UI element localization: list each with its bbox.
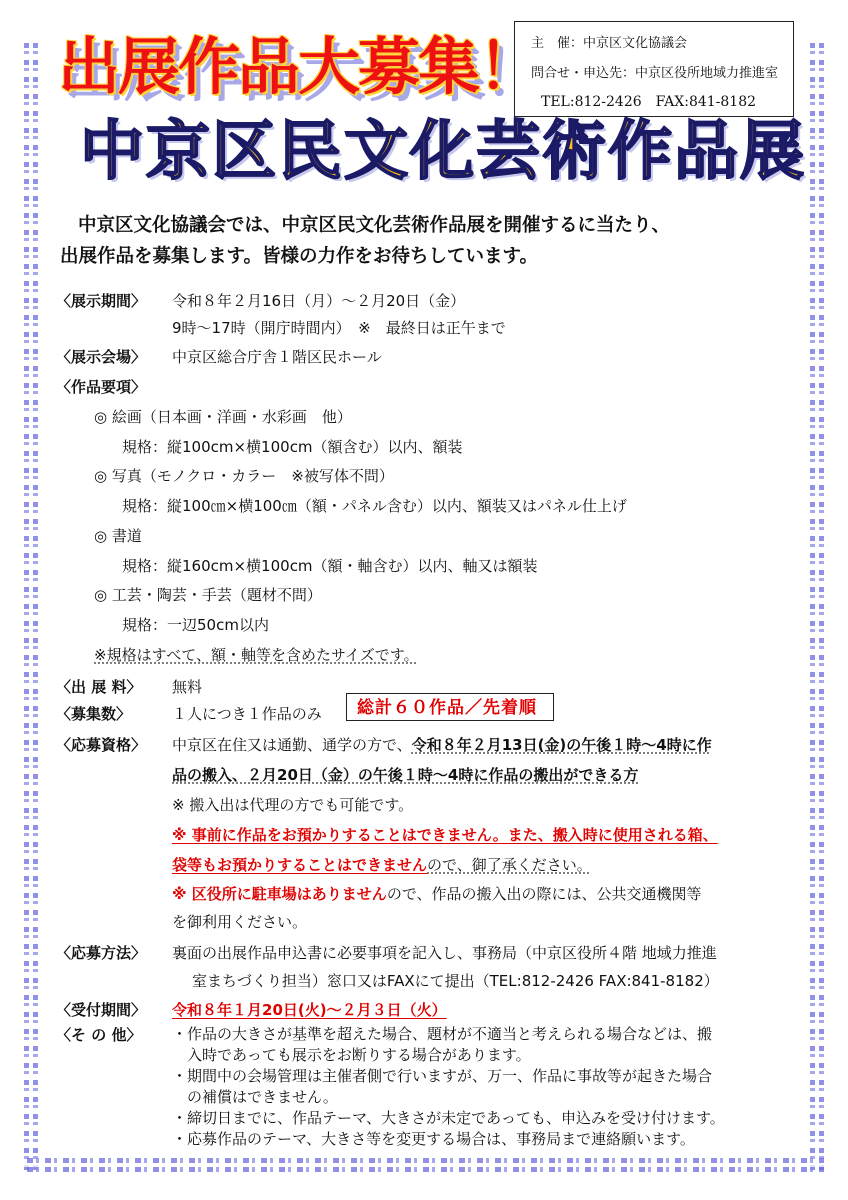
reception-value: 令和８年１月20日(火)～２月３日（火） bbox=[172, 999, 447, 1020]
headline: 出展作品大募集！ bbox=[58, 36, 538, 98]
requirements-note: ※規格はすべて、額・軸等を含めたサイズです。 bbox=[94, 644, 419, 665]
eligibility-note-transit: を御利用ください。 bbox=[172, 911, 307, 932]
count-label: 〈募集数〉 bbox=[56, 703, 131, 724]
organizer-phone-fax: TEL:812-2426 FAX:841-8182 bbox=[541, 91, 756, 111]
other-note: ・締切日までに、作品テーマ、大きさが未定であっても、申込みを受け付けます。 bbox=[172, 1108, 725, 1129]
fee-value: 無料 bbox=[172, 676, 202, 697]
reception-label: 〈受付期間〉 bbox=[56, 999, 146, 1020]
other-label: 〈そ の 他〉 bbox=[56, 1024, 141, 1045]
eligibility-note-parking-red: ※ 区役所に駐車場はありません bbox=[172, 885, 387, 903]
eligibility-label: 〈応募資格〉 bbox=[56, 734, 146, 755]
other-note: ・作品の大きさが基準を超えた場合、題材が不適当と考えられる場合などは、搬 bbox=[172, 1024, 725, 1045]
other-note: ・期間中の会場管理は主催者側で行いますが、万一、作品に事故等が起きた場合 bbox=[172, 1066, 725, 1087]
other-notes: ・作品の大きさが基準を超えた場合、題材が不適当と考えられる場合などは、搬 入時で… bbox=[172, 1024, 725, 1150]
category-photo: ◎ 写真（モノクロ・カラー ※被写体不問） bbox=[94, 465, 394, 486]
eligibility-note-no-storage: ※ 事前に作品をお預かりすることはできません。また、搬入時に使用される箱、 bbox=[172, 824, 718, 845]
method-line-1: 裏面の出展作品申込書に必要事項を記入し、事務局（中京区役所４階 地域力推進 bbox=[172, 942, 717, 963]
eligibility-note-boxes-red: 袋等もお預かりすることはできません bbox=[172, 856, 427, 874]
other-note: 入時であっても展示をお断りする場合があります。 bbox=[172, 1045, 725, 1066]
other-note: ・応募作品のテーマ、大きさ等を変更する場合は、事務局まで連絡願います。 bbox=[172, 1129, 725, 1150]
eligibility-note-boxes-plain: ので、御了承ください。 bbox=[427, 856, 592, 874]
eligibility-note-proxy: ※ 搬入出は代理の方でも可能です。 bbox=[172, 794, 413, 815]
category-painting: ◎ 絵画（日本画・洋画・水彩画 他） bbox=[94, 406, 352, 427]
method-label: 〈応募方法〉 bbox=[56, 942, 146, 963]
venue-label: 〈展示会場〉 bbox=[56, 346, 146, 367]
eligibility-line-2: 品の搬入、２月20日（金）の午後１時～4時に作品の搬出ができる方 bbox=[172, 764, 638, 785]
eligibility-line-1-plain: 中京区在住又は通勤、通学の方で、 bbox=[172, 736, 412, 754]
eligibility-note-parking: ※ 区役所に駐車場はありませんので、作品の搬入出の際には、公共交通機関等 bbox=[172, 883, 702, 904]
other-note: の補償はできません。 bbox=[172, 1087, 725, 1108]
spec-crafts: 規格：一辺50cm以内 bbox=[122, 614, 269, 635]
category-calligraphy: ◎ 書道 bbox=[94, 525, 142, 546]
intro-line-2: 出展作品を募集します。皆様の力作をお待ちしています。 bbox=[60, 241, 810, 272]
spec-calligraphy: 規格：縦160cm×横100cm（額・軸含む）以内、軸又は額装 bbox=[122, 555, 538, 576]
requirements-label: 〈作品要項〉 bbox=[56, 376, 146, 397]
eligibility-line-1-emphasis: 令和８年２月13日(金)の午後１時～4時に作 bbox=[412, 736, 712, 754]
period-dates: 令和８年２月16日（月）～２月20日（金） bbox=[172, 290, 465, 311]
intro-line-1: 中京区文化協議会では、中京区民文化芸術作品展を開催するに当たり、 bbox=[60, 210, 810, 241]
method-line-2: 室まちづくり担当）窓口又はFAXにて提出（TEL:812-2426 FAX:84… bbox=[192, 970, 719, 991]
category-crafts: ◎ 工芸・陶芸・手芸（題材不問） bbox=[94, 584, 322, 605]
venue-value: 中京区総合庁舎１階区民ホール bbox=[172, 346, 382, 367]
decorative-border-bottom bbox=[24, 1158, 824, 1172]
spec-photo: 規格：縦100㎝×横100㎝（額・パネル含む）以内、額装又はパネル仕上げ bbox=[122, 495, 627, 516]
eligibility-note-parking-plain: ので、作品の搬入出の際には、公共交通機関等 bbox=[387, 885, 702, 903]
eligibility-line-1: 中京区在住又は通勤、通学の方で、令和８年２月13日(金)の午後１時～4時に作 bbox=[172, 734, 712, 755]
fee-label: 〈出 展 料〉 bbox=[56, 676, 141, 697]
count-value: １人につき１作品のみ bbox=[172, 703, 322, 724]
count-badge: 総計６０作品／先着順 bbox=[346, 693, 554, 721]
decorative-border-left bbox=[24, 40, 38, 1170]
decorative-border-right bbox=[810, 40, 824, 1170]
organizer-contact: 問合せ・申込先：中京区役所地域力推進室 bbox=[531, 62, 778, 81]
organizer-host: 主 催：中京区文化協議会 bbox=[531, 32, 687, 51]
event-title: 中京区民文化芸術作品展 bbox=[80, 120, 806, 184]
eligibility-note-boxes: 袋等もお預かりすることはできませんので、御了承ください。 bbox=[172, 854, 592, 875]
organizer-box: 主 催：中京区文化協議会 問合せ・申込先：中京区役所地域力推進室 TEL:812… bbox=[514, 21, 794, 117]
intro-text: 中京区文化協議会では、中京区民文化芸術作品展を開催するに当たり、 出展作品を募集… bbox=[60, 210, 810, 272]
period-hours: 9時～17時（開庁時間内） ※ 最終日は正午まで bbox=[172, 317, 506, 338]
spec-painting: 規格：縦100cm×横100cm（額含む）以内、額装 bbox=[122, 436, 463, 457]
period-label: 〈展示期間〉 bbox=[56, 290, 146, 311]
